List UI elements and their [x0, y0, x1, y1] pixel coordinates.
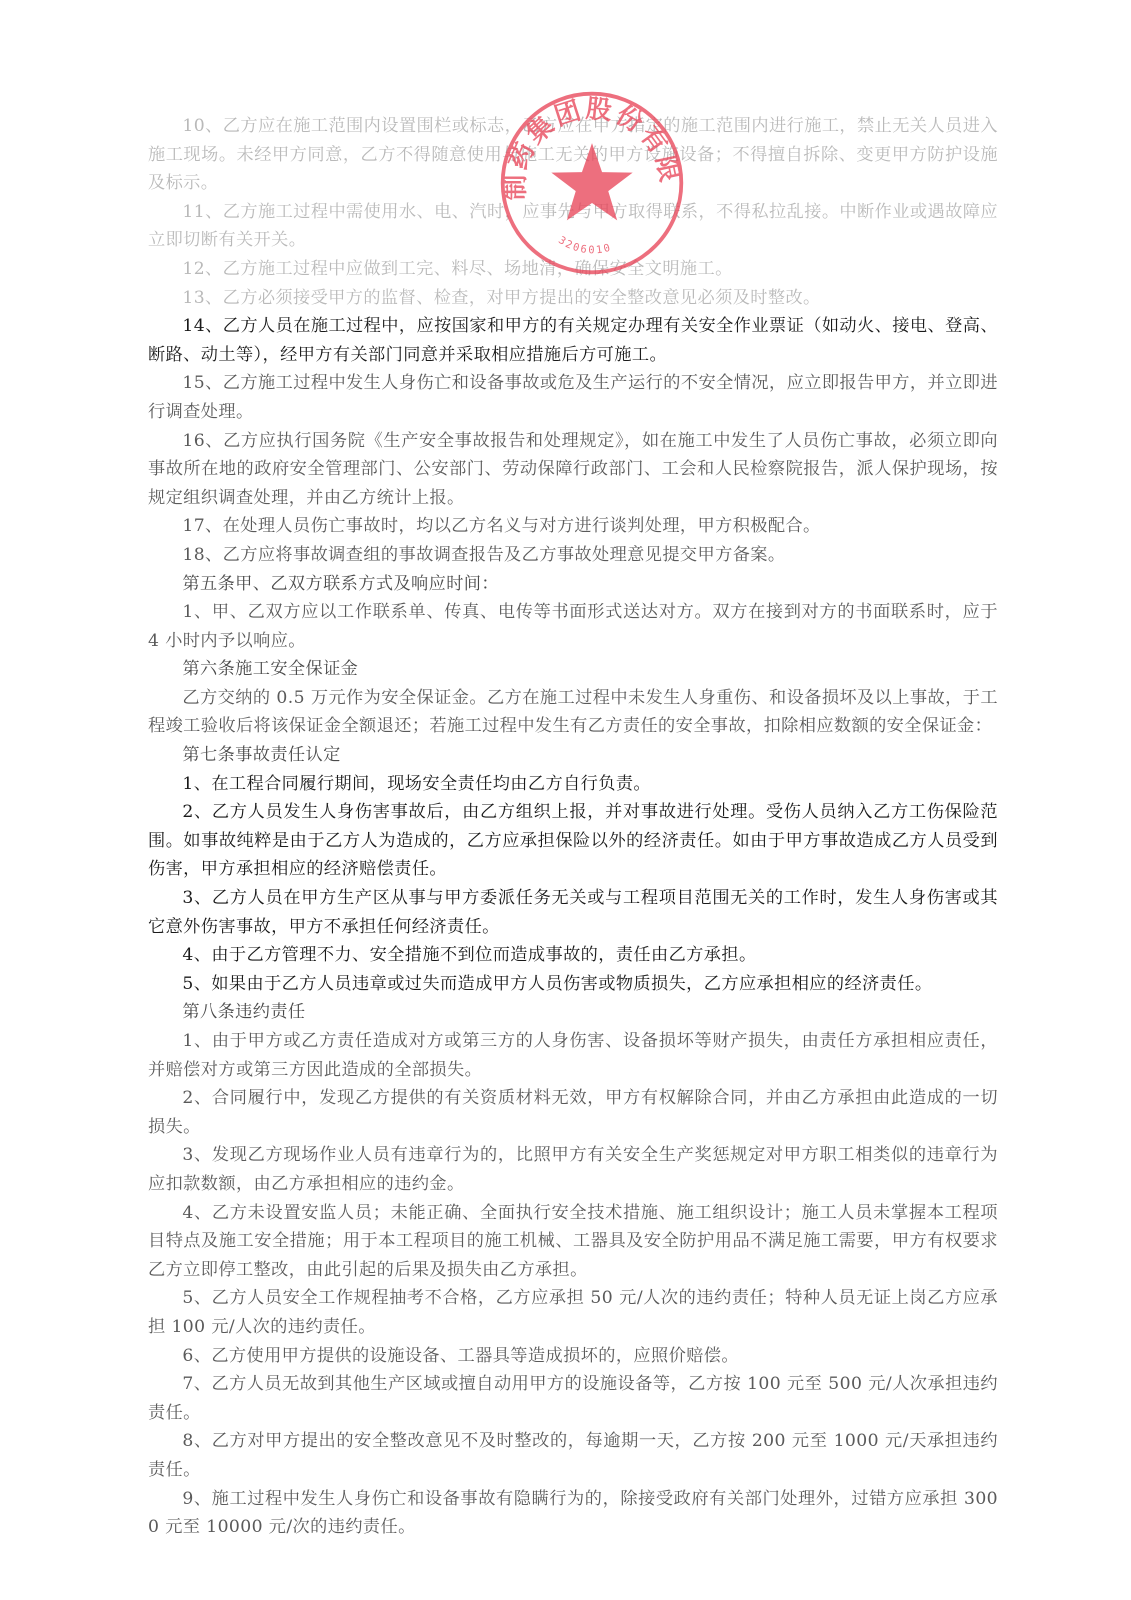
paragraph-article-5-item-1: 1、甲、乙双方应以工作联系单、传真、电传等书面形式送达对方。双方在接到对方的书面…: [148, 598, 998, 655]
paragraph-article-7-item-2: 2、乙方人员发生人身伤害事故后，由乙方组织上报，并对事故进行处理。受伤人员纳入乙…: [148, 798, 998, 884]
paragraph-article-8-item-3: 3、发现乙方现场作业人员有违章行为的，比照甲方有关安全生产奖惩规定对甲方职工相类…: [148, 1141, 998, 1198]
document-page: 10、乙方应在施工范围内设置围栏或标志，乙方应在甲方指定的施工范围内进行施工，禁…: [148, 112, 998, 1542]
paragraph-article-8-item-1: 1、由于甲方或乙方责任造成对方或第三方的人身伤害、设备损坏等财产损失，由责任方承…: [148, 1027, 998, 1084]
paragraph-article-8-item-5: 5、乙方人员安全工作规程抽考不合格，乙方应承担 50 元/人次的违约责任；特种人…: [148, 1284, 998, 1341]
paragraph-article-8-item-4: 4、乙方未设置安监人员；未能正确、全面执行安全技术措施、施工组织设计；施工人员未…: [148, 1199, 998, 1285]
paragraph-article-6-body: 乙方交纳的 0.5 万元作为安全保证金。乙方在施工过程中未发生人身重伤、和设备损…: [148, 684, 998, 741]
paragraph-item-18: 18、乙方应将事故调查组的事故调查报告及乙方事故处理意见提交甲方备案。: [148, 541, 998, 570]
paragraph-item-11: 11、乙方施工过程中需使用水、电、汽时，应事先与甲方取得联系，不得私拉乱接。中断…: [148, 198, 998, 255]
paragraph-article-7-item-4: 4、由于乙方管理不力、安全措施不到位而造成事故的，责任由乙方承担。: [148, 941, 998, 970]
section-heading-article-6: 第六条施工安全保证金: [148, 655, 998, 684]
paragraph-item-12: 12、乙方施工过程中应做到工完、料尽、场地清，确保安全文明施工。: [148, 255, 998, 284]
paragraph-article-7-item-5: 5、如果由于乙方人员违章或过失而造成甲方人员伤害或物质损失，乙方应承担相应的经济…: [148, 970, 998, 999]
paragraph-article-8-item-9: 9、施工过程中发生人身伤亡和设备事故有隐瞒行为的，除接受政府有关部门处理外，过错…: [148, 1485, 998, 1542]
paragraph-item-17: 17、在处理人员伤亡事故时，均以乙方名义与对方进行谈判处理，甲方积极配合。: [148, 512, 998, 541]
paragraph-article-8-item-6: 6、乙方使用甲方提供的设施设备、工器具等造成损坏的，应照价赔偿。: [148, 1342, 998, 1371]
paragraph-item-14: 14、乙方人员在施工过程中，应按国家和甲方的有关规定办理有关安全作业票证（如动火…: [148, 312, 998, 369]
paragraph-item-15: 15、乙方施工过程中发生人身伤亡和设备事故或危及生产运行的不安全情况，应立即报告…: [148, 369, 998, 426]
paragraph-item-16: 16、乙方应执行国务院《生产安全事故报告和处理规定》，如在施工中发生了人员伤亡事…: [148, 427, 998, 513]
paragraph-item-10: 10、乙方应在施工范围内设置围栏或标志，乙方应在甲方指定的施工范围内进行施工，禁…: [148, 112, 998, 198]
paragraph-article-8-item-7: 7、乙方人员无故到其他生产区域或擅自动用甲方的设施设备等，乙方按 100 元至 …: [148, 1370, 998, 1427]
section-heading-article-7: 第七条事故责任认定: [148, 741, 998, 770]
paragraph-article-7-item-1: 1、在工程合同履行期间，现场安全责任均由乙方自行负责。: [148, 770, 998, 799]
paragraph-article-8-item-8: 8、乙方对甲方提出的安全整改意见不及时整改的，每逾期一天，乙方按 200 元至 …: [148, 1427, 998, 1484]
paragraph-article-8-item-2: 2、合同履行中，发现乙方提供的有关资质材料无效，甲方有权解除合同，并由乙方承担由…: [148, 1084, 998, 1141]
paragraph-article-7-item-3: 3、乙方人员在甲方生产区从事与甲方委派任务无关或与工程项目范围无关的工作时，发生…: [148, 884, 998, 941]
section-heading-article-8: 第八条违约责任: [148, 998, 998, 1027]
section-heading-article-5: 第五条甲、乙双方联系方式及响应时间：: [148, 570, 998, 599]
paragraph-item-13: 13、乙方必须接受甲方的监督、检查，对甲方提出的安全整改意见必须及时整改。: [148, 284, 998, 313]
